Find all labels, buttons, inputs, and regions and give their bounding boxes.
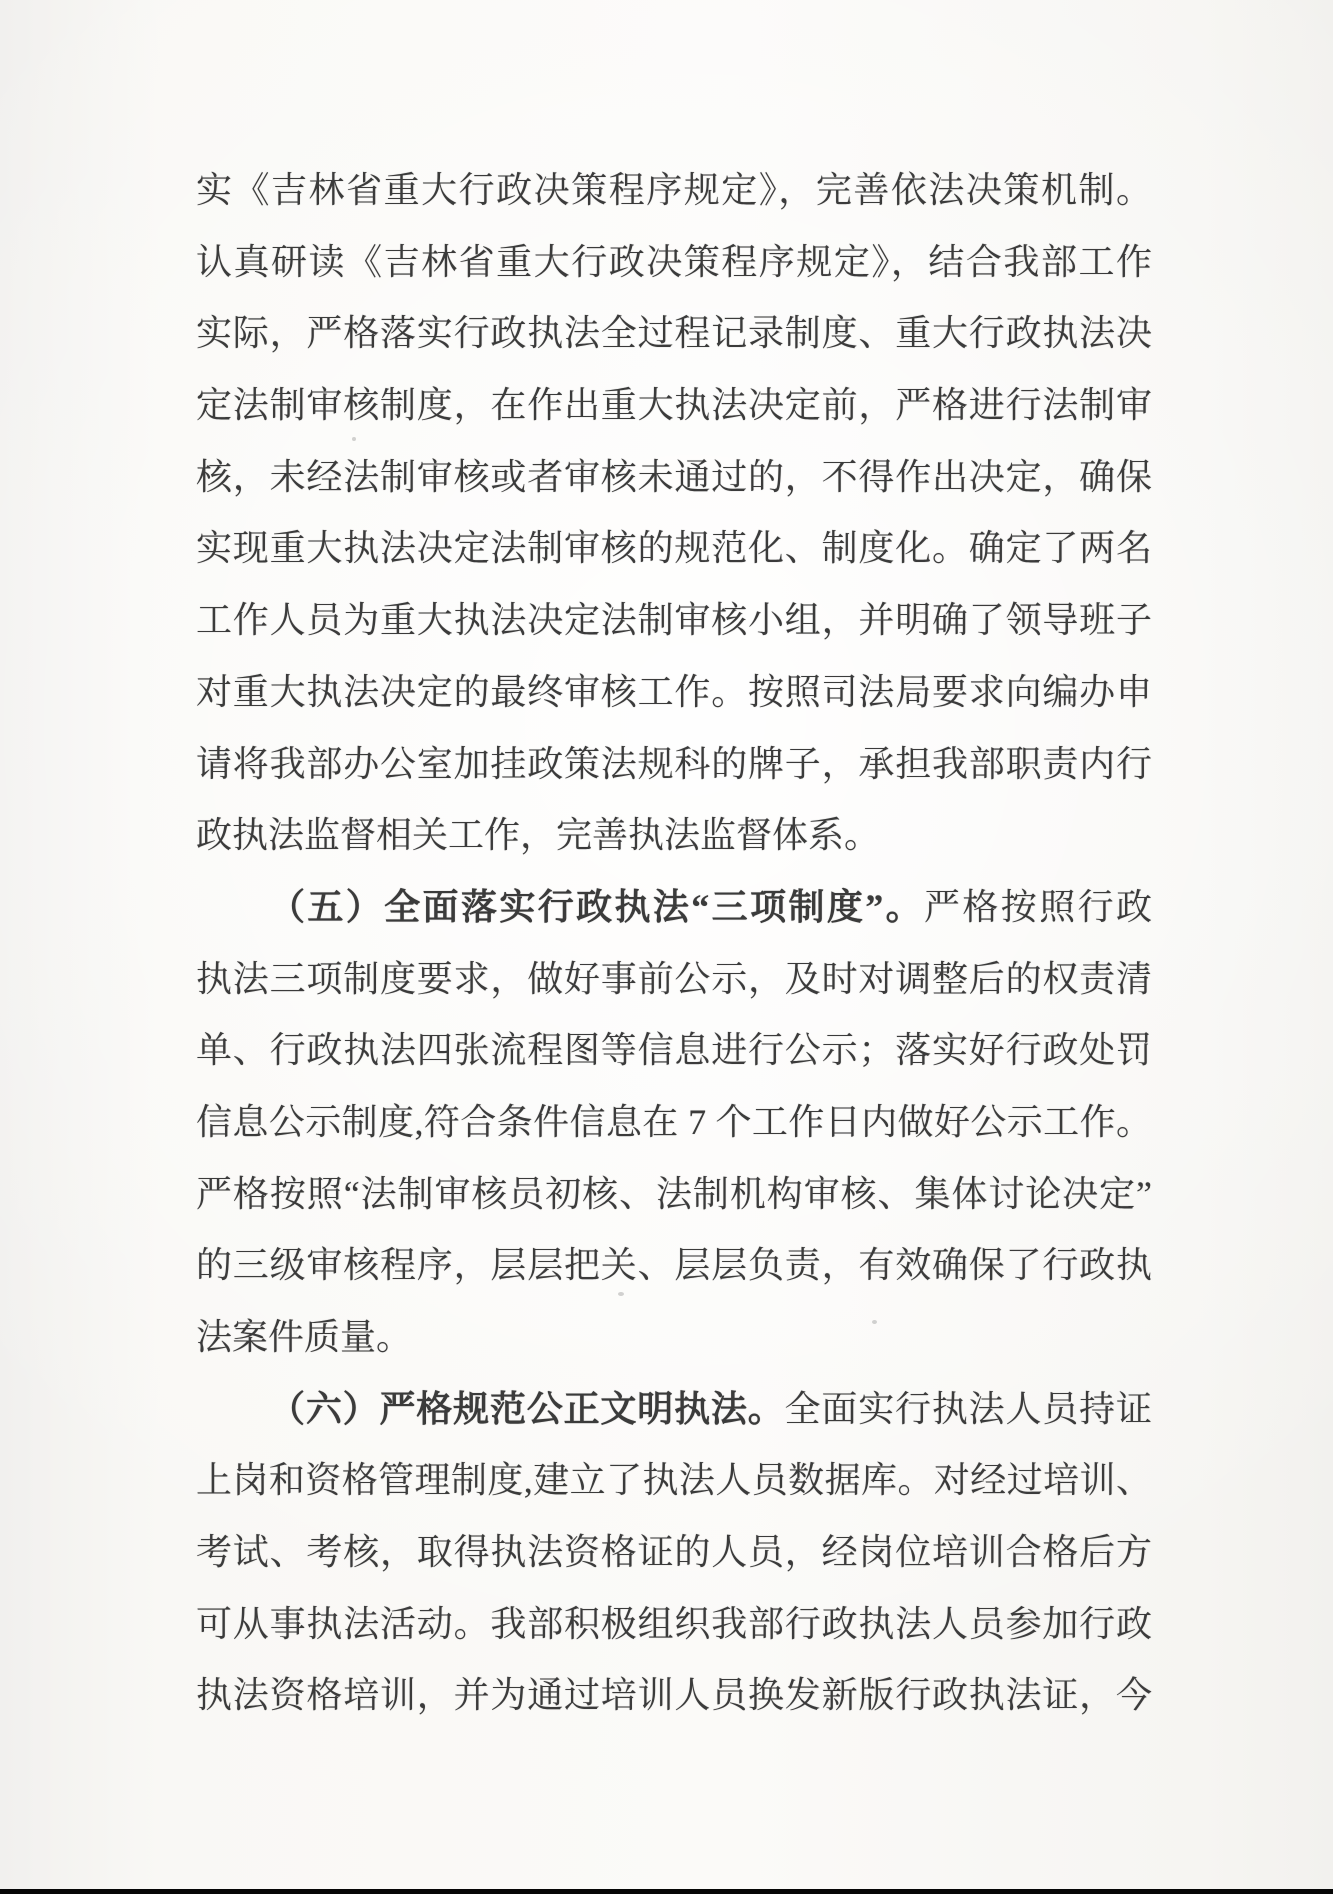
text-line-12: 执法三项制度要求，做好事前公示，及时对调整后的权责清 [196,944,1152,1016]
text-line-3: 实际，严格落实行政执法全过程记录制度、重大行政执法决 [196,298,1152,370]
text-line-22: 执法资格培训，并为通过培训人员换发新版行政执法证，今 [196,1660,1152,1732]
text-line-8: 对重大执法决定的最终审核工作。按照司法局要求向编办申 [196,657,1152,729]
text-line-16: 的三级审核程序，层层把关、层层负责，有效确保了行政执 [196,1230,1152,1302]
text-line-5: 核，未经法制审核或者审核未通过的，不得作出决定，确保 [196,442,1152,514]
text-line-18: （六）严格规范公正文明执法。全面实行执法人员持证 [196,1374,1152,1446]
text-line-10: 政执法监督相关工作，完善执法监督体系。 [196,800,1152,872]
text-run: 执法三项制度要求，做好事前公示，及时对调整后的权责清 [196,959,1152,999]
paragraph-leader: （六）严格规范公正文明执法。 [269,1389,785,1429]
scan-speck [872,1320,877,1324]
text-run: 考试、考核，取得执法资格证的人员，经岗位培训合格后方 [196,1532,1152,1572]
text-run: 法案件质量。 [196,1317,412,1357]
paragraph-leader: （五）全面落实行政执法“三项制度”。 [269,887,924,927]
text-run: 的三级审核程序，层层把关、层层负责，有效确保了行政执 [196,1245,1152,1285]
text-run: 执法资格培训，并为通过培训人员换发新版行政执法证，今 [196,1675,1152,1715]
text-line-19: 上岗和资格管理制度,建立了执法人员数据库。对经过培训、 [196,1445,1152,1517]
text-run: 实现重大执法决定法制审核的规范化、制度化。确定了两名 [196,528,1152,568]
text-line-21: 可从事执法活动。我部积极组织我部行政执法人员参加行政 [196,1589,1152,1661]
text-run: 核，未经法制审核或者审核未通过的，不得作出决定，确保 [196,457,1152,497]
text-line-11: （五）全面落实行政执法“三项制度”。严格按照行政 [196,872,1152,944]
text-run: 请将我部办公室加挂政策法规科的牌子，承担我部职责内行 [196,744,1152,784]
text-run: 可从事执法活动。我部积极组织我部行政执法人员参加行政 [196,1604,1152,1644]
text-run: 定法制审核制度，在作出重大执法决定前，严格进行法制审 [196,385,1152,425]
scan-speck [352,437,356,441]
text-run: 对重大执法决定的最终审核工作。按照司法局要求向编办申 [196,672,1152,712]
text-run: 严格按照“法制审核员初核、法制机构审核、集体讨论决定” [196,1174,1152,1214]
text-run: 实《吉林省重大行政决策程序规定》，完善依法决策机制。 [196,170,1152,210]
text-line-4: 定法制审核制度，在作出重大执法决定前，严格进行法制审 [196,370,1152,442]
text-run: 全面实行执法人员持证 [785,1389,1152,1429]
text-line-17: 法案件质量。 [196,1302,1152,1374]
document-text-block: 实《吉林省重大行政决策程序规定》，完善依法决策机制。认真研读《吉林省重大行政决策… [196,155,1152,1732]
text-line-15: 严格按照“法制审核员初核、法制机构审核、集体讨论决定” [196,1159,1152,1231]
text-line-2: 认真研读《吉林省重大行政决策程序规定》，结合我部工作 [196,227,1152,299]
text-line-9: 请将我部办公室加挂政策法规科的牌子，承担我部职责内行 [196,729,1152,801]
scanned-page: 实《吉林省重大行政决策程序规定》，完善依法决策机制。认真研读《吉林省重大行政决策… [0,0,1333,1894]
text-run: 单、行政执法四张流程图等信息进行公示；落实好行政处罚 [196,1030,1152,1070]
text-run: 上岗和资格管理制度,建立了执法人员数据库。对经过培训、 [196,1460,1152,1500]
scan-edge-bar [0,1889,1333,1894]
text-line-20: 考试、考核，取得执法资格证的人员，经岗位培训合格后方 [196,1517,1152,1589]
scan-speck [618,1292,624,1296]
text-run: 政执法监督相关工作，完善执法监督体系。 [196,815,880,855]
text-line-7: 工作人员为重大执法决定法制审核小组，并明确了领导班子 [196,585,1152,657]
text-line-6: 实现重大执法决定法制审核的规范化、制度化。确定了两名 [196,513,1152,585]
text-run: 信息公示制度,符合条件信息在 7 个工作日内做好公示工作。 [196,1102,1152,1142]
text-line-14: 信息公示制度,符合条件信息在 7 个工作日内做好公示工作。 [196,1087,1152,1159]
text-line-1: 实《吉林省重大行政决策程序规定》，完善依法决策机制。 [196,155,1152,227]
text-run: 工作人员为重大执法决定法制审核小组，并明确了领导班子 [196,600,1152,640]
text-line-13: 单、行政执法四张流程图等信息进行公示；落实好行政处罚 [196,1015,1152,1087]
text-run: 实际，严格落实行政执法全过程记录制度、重大行政执法决 [196,313,1152,353]
text-run: 认真研读《吉林省重大行政决策程序规定》，结合我部工作 [196,242,1152,282]
text-run: 严格按照行政 [924,887,1152,927]
